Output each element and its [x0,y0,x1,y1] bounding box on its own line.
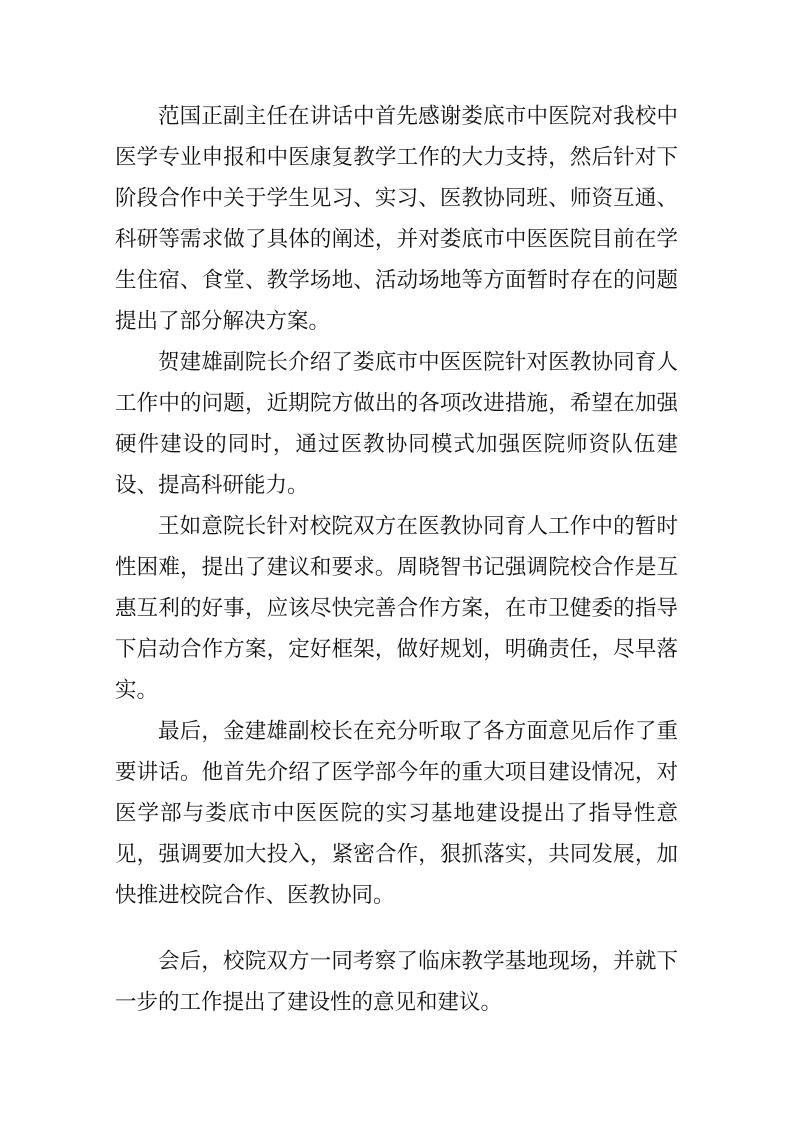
document-body: 范国正副主任在讲话中首先感谢娄底市中医院对我校中医学专业申报和中医康复教学工作的… [115,0,678,1023]
paragraph-1: 范国正副主任在讲话中首先感谢娄底市中医院对我校中医学专业申报和中医康复教学工作的… [115,96,678,342]
paragraph-3: 王如意院长针对校院双方在医教协同育人工作中的暂时性困难，提出了建议和要求。周晓智… [115,506,678,711]
paragraph-2: 贺建雄副院长介绍了娄底市中医医院针对医教协同育人工作中的问题，近期院方做出的各项… [115,342,678,506]
paragraph-4: 最后，金建雄副校长在充分听取了各方面意见后作了重要讲话。他首先介绍了医学部今年的… [115,711,678,916]
paragraph-5: 会后，校院双方一同考察了临床教学基地现场，并就下一步的工作提出了建设性的意见和建… [115,941,678,1023]
document-page: 范国正副主任在讲话中首先感谢娄底市中医院对我校中医学专业申报和中医康复教学工作的… [0,0,793,1122]
